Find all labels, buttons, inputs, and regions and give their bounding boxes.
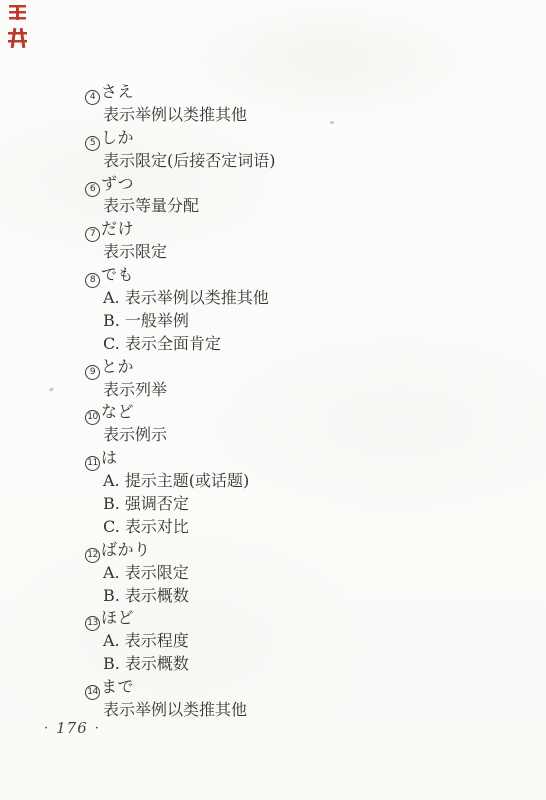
meaning-line: 表示列举 bbox=[103, 379, 276, 402]
meaning-line: A. 表示限定 bbox=[103, 562, 276, 585]
meaning-line: A. 表示举例以类推其他 bbox=[103, 287, 276, 310]
entry-head: 8でも bbox=[85, 264, 276, 287]
scan-speck bbox=[330, 121, 334, 124]
particle-label: とか bbox=[101, 357, 134, 376]
circled-number: 13 bbox=[85, 616, 100, 631]
entry-head: 11は bbox=[85, 447, 276, 470]
page-number: ·176· bbox=[44, 719, 100, 737]
meaning-line: C. 表示对比 bbox=[103, 516, 276, 539]
entry-head: 4さえ bbox=[85, 81, 276, 104]
meaning-line: B. 强调否定 bbox=[103, 493, 276, 516]
entry: 7だけ 表示限定 bbox=[85, 218, 276, 264]
circled-number: 5 bbox=[85, 136, 100, 151]
entry-head: 10など bbox=[85, 401, 276, 424]
meaning-line: B. 表示概数 bbox=[103, 585, 276, 608]
red-stamp-icon bbox=[9, 5, 26, 20]
page-number-dot: · bbox=[95, 721, 100, 736]
circled-number: 7 bbox=[85, 227, 100, 242]
meaning-line: 表示限定 bbox=[103, 241, 276, 264]
entry-head: 7だけ bbox=[85, 218, 276, 241]
circled-number: 12 bbox=[85, 548, 100, 563]
circled-number: 10 bbox=[85, 410, 100, 425]
meaning-line: 表示限定(后接否定词语) bbox=[103, 150, 276, 173]
entry-head: 6ずつ bbox=[85, 173, 276, 196]
entry: 6ずつ 表示等量分配 bbox=[85, 173, 276, 219]
particle-label: だけ bbox=[101, 219, 134, 238]
entry: 11は A. 提示主题(或话题) B. 强调否定 C. 表示对比 bbox=[85, 447, 276, 539]
red-stamp-marks bbox=[8, 4, 32, 52]
entry-head: 13ほど bbox=[85, 607, 276, 630]
entry-head: 9とか bbox=[85, 356, 276, 379]
particle-outline-list: 4さえ 表示举例以类推其他 5しか 表示限定(后接否定词语) 6ずつ 表示等量分… bbox=[85, 81, 276, 722]
entry: 4さえ 表示举例以类推其他 bbox=[85, 81, 276, 127]
scanned-book-page: { "page": { "number": "176", "number_pre… bbox=[0, 0, 546, 800]
particle-label: ほど bbox=[101, 608, 134, 627]
meaning-line: A. 提示主题(或话题) bbox=[103, 470, 276, 493]
entry-head: 5しか bbox=[85, 127, 276, 150]
entry: 10など 表示例示 bbox=[85, 401, 276, 447]
entry: 8でも A. 表示举例以类推其他 B. 一般举例 C. 表示全面肯定 bbox=[85, 264, 276, 356]
meaning-line: 表示举例以类推其他 bbox=[103, 699, 276, 722]
particle-label: まで bbox=[101, 677, 134, 696]
particle-label: でも bbox=[101, 265, 134, 284]
entry-head: 12ばかり bbox=[85, 539, 276, 562]
entry-head: 14まで bbox=[85, 676, 276, 699]
circled-number: 9 bbox=[85, 365, 100, 380]
circled-number: 4 bbox=[85, 90, 100, 105]
meaning-line: B. 一般举例 bbox=[103, 310, 276, 333]
circled-number: 6 bbox=[85, 182, 100, 197]
meaning-line: C. 表示全面肯定 bbox=[103, 333, 276, 356]
meaning-line: 表示举例以类推其他 bbox=[103, 104, 276, 127]
meaning-line: B. 表示概数 bbox=[103, 653, 276, 676]
meaning-line: 表示例示 bbox=[103, 424, 276, 447]
entry: 5しか 表示限定(后接否定词语) bbox=[85, 127, 276, 173]
entry: 12ばかり A. 表示限定 B. 表示概数 bbox=[85, 539, 276, 608]
page-number-value: 176 bbox=[56, 719, 88, 737]
particle-label: は bbox=[101, 448, 118, 467]
particle-label: さえ bbox=[101, 82, 134, 101]
page-number-dot: · bbox=[44, 721, 49, 736]
particle-label: ばかり bbox=[101, 540, 151, 559]
red-stamp-icon bbox=[8, 28, 27, 48]
meaning-line: A. 表示程度 bbox=[103, 630, 276, 653]
particle-label: など bbox=[101, 402, 134, 421]
circled-number: 14 bbox=[85, 685, 100, 700]
entry: 9とか 表示列举 bbox=[85, 356, 276, 402]
meaning-line: 表示等量分配 bbox=[103, 195, 276, 218]
particle-label: しか bbox=[101, 128, 134, 147]
entry: 13ほど A. 表示程度 B. 表示概数 bbox=[85, 607, 276, 676]
circled-number: 11 bbox=[85, 456, 100, 471]
particle-label: ずつ bbox=[101, 174, 134, 193]
entry: 14まで 表示举例以类推其他 bbox=[85, 676, 276, 722]
circled-number: 8 bbox=[85, 273, 100, 288]
